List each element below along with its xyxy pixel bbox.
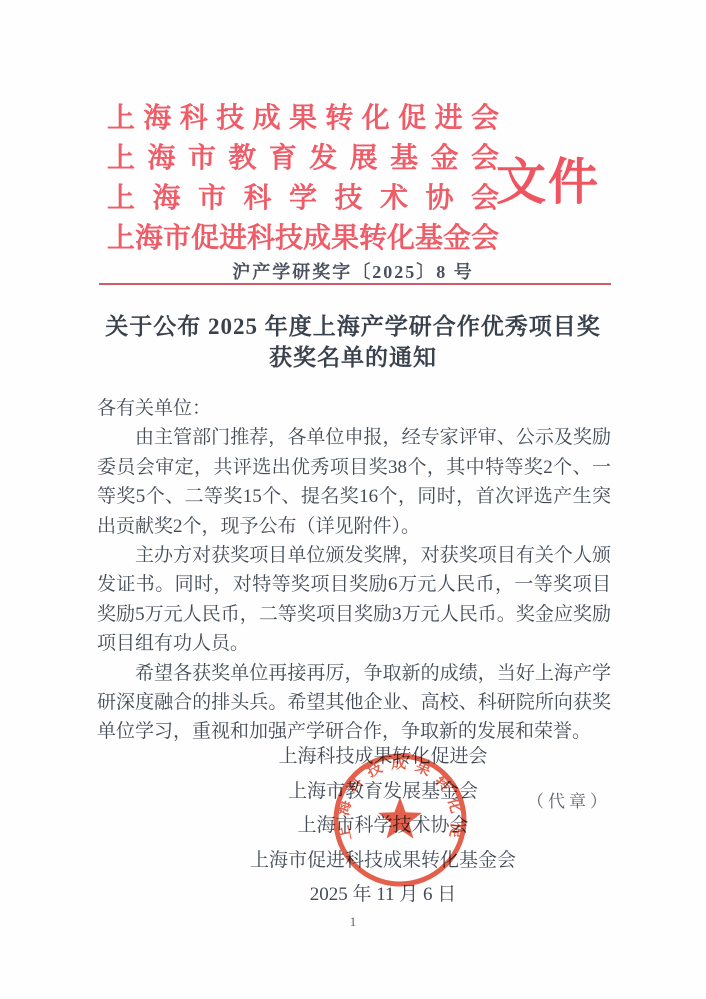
doc-type-label: 文件 xyxy=(496,154,600,210)
doc-title-line-1: 关于公布 2025 年度上海产学研合作优秀项目奖 xyxy=(60,311,646,342)
signature-org-4: 上海市促进科技成果转化基金会 xyxy=(228,844,538,879)
signature-block: 上海科技成果转化促进会 上海市教育发展基金会 上海市科学技术协会 上海市促进科技… xyxy=(228,740,538,913)
body-paragraph-1: 由主管部门推荐，各单位申报，经专家评审、公示及奖励委员会审定，共评选出优秀项目奖… xyxy=(97,423,611,541)
letterhead: 上海科技成果转化促进会 上海市教育发展基金会 上海市科学技术协会 上海市促进科技… xyxy=(107,98,499,258)
signature-org-3: 上海市科学技术协会 xyxy=(228,809,538,844)
letterhead-org-4: 上海市促进科技成果转化基金会 xyxy=(107,218,499,258)
document-body: 各有关单位： 由主管部门推荐，各单位申报，经专家评审、公示及奖励委员会审定，共评… xyxy=(97,394,611,747)
salutation: 各有关单位： xyxy=(97,394,611,423)
doc-number: 沪产学研奖字〔2025〕8 号 xyxy=(0,258,706,284)
body-paragraph-2: 主办方对获奖项目单位颁发奖牌，对获奖项目有关个人颁发证书。同时，对特等奖项目奖励… xyxy=(97,541,611,659)
red-divider-line xyxy=(99,283,611,285)
doc-title-line-2: 获奖名单的通知 xyxy=(60,342,646,373)
signature-date: 2025 年 11 月 6 日 xyxy=(228,878,538,913)
page-number: 1 xyxy=(0,914,706,930)
document-page: 上海科技成果转化促进会 上海市教育发展基金会 上海市科学技术协会 上海市促进科技… xyxy=(0,0,706,999)
doc-title: 关于公布 2025 年度上海产学研合作优秀项目奖 获奖名单的通知 xyxy=(60,311,646,373)
signature-org-1: 上海科技成果转化促进会 xyxy=(228,740,538,775)
seal-note: （代章） xyxy=(527,787,611,812)
letterhead-org-2: 上海市教育发展基金会 xyxy=(107,138,499,178)
letterhead-org-1: 上海科技成果转化促进会 xyxy=(107,98,499,138)
signature-org-2: 上海市教育发展基金会 xyxy=(228,775,538,810)
body-paragraph-3: 希望各获奖单位再接再厉，争取新的成绩，当好上海产学研深度融合的排头兵。希望其他企… xyxy=(97,659,611,747)
letterhead-org-3: 上海市科学技术协会 xyxy=(107,178,499,218)
